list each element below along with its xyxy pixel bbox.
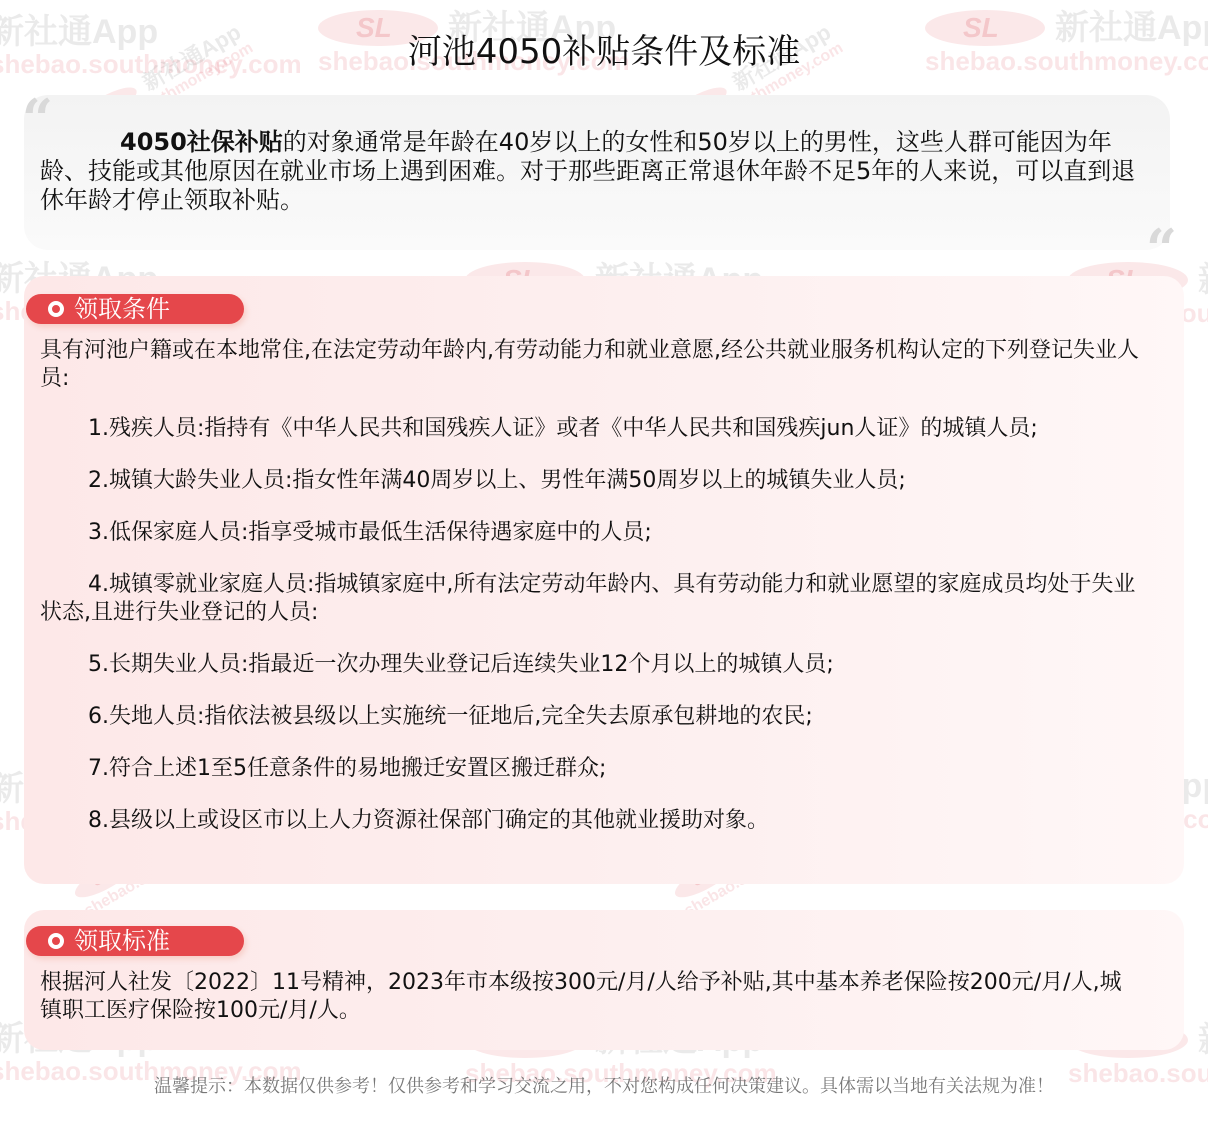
ring-icon <box>48 933 64 949</box>
standard-heading: 领取标准 <box>26 926 244 956</box>
condition-item: 3.低保家庭人员:指享受城市最低生活保待遇家庭中的人员; <box>40 519 1140 547</box>
condition-item: 8.县级以上或设区市以上人力资源社保部门确定的其他就业援助对象。 <box>40 807 1140 835</box>
condition-item: 4.城镇零就业家庭人员:指城镇家庭中,所有法定劳动年龄内、具有劳动能力和就业愿望… <box>40 571 1140 627</box>
conditions-lead: 具有河池户籍或在本地常住,在法定劳动年龄内,有劳动能力和就业意愿,经公共就业服务… <box>40 337 1140 393</box>
intro-bold-lead: 4050社保补贴 <box>120 128 283 156</box>
condition-item: 5.长期失业人员:指最近一次办理失业登记后连续失业12个月以上的城镇人员; <box>40 651 1140 679</box>
standard-text: 根据河人社发〔2022〕11号精神，2023年市本级按300元/月/人给予补贴,… <box>40 969 1140 1025</box>
condition-item: 7.符合上述1至5任意条件的易地搬迁安置区搬迁群众; <box>40 755 1140 783</box>
condition-item: 1.残疾人员:指持有《中华人民共和国残疾人证》或者《中华人民共和国残疾jun人证… <box>40 415 1140 443</box>
ring-icon <box>48 301 64 317</box>
standard-heading-label: 领取标准 <box>74 927 170 955</box>
intro-paragraph: 4050社保补贴的对象通常是年龄在40岁以上的女性和50岁以上的男性，这些人群可… <box>40 128 1140 215</box>
conditions-heading: 领取条件 <box>26 294 244 324</box>
disclaimer-footer: 温馨提示：本数据仅供参考！仅供参考和学习交流之用，不对您构成任何决策建议。具体需… <box>0 1072 1208 1098</box>
page-title: 河池4050补贴条件及标准 <box>0 24 1208 73</box>
close-quote-icon: “ <box>1146 222 1177 276</box>
condition-item: 2.城镇大龄失业人员:指女性年满40周岁以上、男性年满50周岁以上的城镇失业人员… <box>40 467 1140 495</box>
conditions-heading-label: 领取条件 <box>74 295 170 323</box>
condition-item: 6.失地人员:指依法被县级以上实施统一征地后,完全失去原承包耕地的农民; <box>40 703 1140 731</box>
